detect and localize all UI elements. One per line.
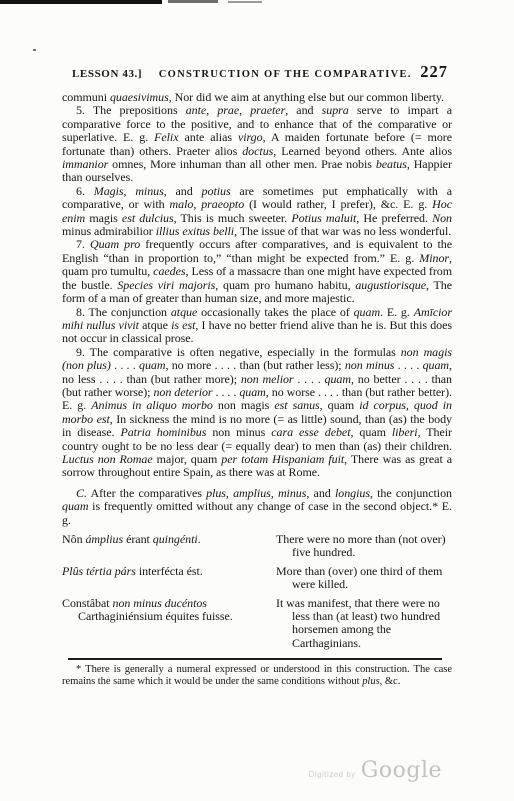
text-run: , This is much sweeter. xyxy=(174,211,292,225)
example-row: Constâbat non minus ducéntos Carthaginié… xyxy=(62,597,452,651)
lesson-number: LESSON 43.] xyxy=(72,68,142,80)
text-run: Potius maluit xyxy=(291,211,356,225)
text-run: 5. The prepositions xyxy=(76,103,186,117)
text-run: 8. The conjunction xyxy=(76,305,171,319)
text-run: It was manifest, that there were no less… xyxy=(276,596,440,650)
text-run: per totam Hispaniam fuit xyxy=(221,452,344,466)
text-run: prae xyxy=(217,103,239,117)
text-run: , Nor did we aim at anything else but ou… xyxy=(169,90,444,104)
text-run: Quam pro xyxy=(90,237,140,251)
text-run: supra xyxy=(322,103,349,117)
text-run: Animus in aliquo morbo xyxy=(91,398,213,412)
text-run: , and xyxy=(285,103,321,117)
text-run: C. xyxy=(76,486,87,500)
text-run: After the comparatives xyxy=(87,486,206,500)
example-row: Nôn ámplius érant quingénti. There were … xyxy=(62,533,452,560)
text-run: immanior xyxy=(62,157,108,171)
paragraph-rule-8: 8. The conjunction atque occasionally ta… xyxy=(62,306,452,346)
google-logo-text: Google xyxy=(361,758,442,783)
text-run: major, quam xyxy=(153,452,222,466)
text-run: atque xyxy=(171,305,197,319)
text-run: Felix xyxy=(154,130,178,144)
text-run: non minus xyxy=(345,358,395,372)
text-run: quam xyxy=(423,358,449,372)
latin-example-cell: Plûs tértia párs interfécta ést. xyxy=(62,565,266,592)
text-run: quingénti xyxy=(153,532,198,546)
text-run: beatus xyxy=(376,157,407,171)
text-run: 9. The comparative is often negative, es… xyxy=(76,345,401,359)
watermark-prefix-text: Digitized by xyxy=(308,770,355,779)
text-run: occasionally takes the place of xyxy=(197,305,353,319)
text-run: minus admirabilior xyxy=(62,224,156,238)
text-run: Carthaginiénsium équites fuisse. xyxy=(78,609,233,623)
text-run: . E. g. xyxy=(380,305,414,319)
text-run: est dulcius xyxy=(122,211,174,225)
text-run: cara esse debet xyxy=(271,425,350,439)
text-run: is est xyxy=(171,318,195,332)
text-run: malo, praeopto xyxy=(170,197,245,211)
text-run: Species viri majoris xyxy=(117,278,215,292)
text-run: . . . . xyxy=(394,358,422,372)
paragraph-rule-9: 9. The comparative is often negative, es… xyxy=(62,346,452,480)
running-head: LESSON 43.] CONSTRUCTION OF THE COMPARAT… xyxy=(62,62,452,82)
text-run: . . . . xyxy=(111,358,139,372)
text-run: , quam pro humano habitu, xyxy=(215,278,355,292)
text-run: non minus ducéntos xyxy=(113,596,207,610)
text-run: , the conjunction xyxy=(370,486,452,500)
text-run: liberi xyxy=(392,425,418,439)
text-run: , xyxy=(206,103,217,117)
text-run: quam xyxy=(239,385,265,399)
page-title: CONSTRUCTION OF THE COMPARATIVE. xyxy=(151,69,412,80)
text-run: , no more . . . . than (but rather less)… xyxy=(165,358,344,372)
footnote-text: * There is generally a numeral expressed… xyxy=(62,664,452,688)
text-run: plus, amplius, minus, xyxy=(206,486,309,500)
text-run: ante xyxy=(186,103,206,117)
text-run: Plûs tértia párs xyxy=(62,564,136,578)
text-run: , He preferred. xyxy=(356,211,432,225)
text-run: praeter xyxy=(250,103,285,117)
text-run: communi xyxy=(62,90,110,104)
text-run: atque xyxy=(139,318,171,332)
scan-artifact-bar xyxy=(228,1,262,3)
text-run: quam xyxy=(354,305,380,319)
english-translation-cell: There were no more than (not over) five … xyxy=(276,533,452,560)
text-run: ámplius xyxy=(85,532,123,546)
google-watermark: Digitized by Google xyxy=(308,758,442,783)
text-run: Luctus non Romae xyxy=(62,452,153,466)
text-run: non minus xyxy=(206,425,271,439)
text-run: non magis xyxy=(213,398,274,412)
text-run: Minor xyxy=(419,251,449,265)
text-run: , and xyxy=(164,184,202,198)
text-run: , xyxy=(239,103,250,117)
example-table: Nôn ámplius érant quingénti. There were … xyxy=(62,533,452,650)
text-run: minus xyxy=(135,184,163,198)
text-run: 6. xyxy=(76,184,94,198)
text-run: , The issue of that war was no less wond… xyxy=(234,224,451,238)
scanned-book-page: LESSON 43.] CONSTRUCTION OF THE COMPARAT… xyxy=(0,0,514,801)
text-run: quam xyxy=(139,358,165,372)
text-run: quam xyxy=(62,499,88,513)
paragraph-section-c: C. After the comparatives plus, amplius,… xyxy=(62,487,452,527)
text-run: ante alias xyxy=(179,130,238,144)
text-run: non melior xyxy=(241,372,294,386)
text-run: Nôn xyxy=(62,532,85,546)
text-run: . . . . xyxy=(294,372,325,386)
text-run: Non xyxy=(432,211,452,225)
text-run: virgo xyxy=(238,130,263,144)
text-run: érant xyxy=(123,532,153,546)
example-row: Plûs tértia párs interfécta ést. More th… xyxy=(62,565,452,592)
text-run: longius xyxy=(335,486,370,500)
text-run: , quam xyxy=(320,398,360,412)
text-run: More than (over) one third of them were … xyxy=(276,564,442,591)
text-run: potius xyxy=(202,184,231,198)
scan-artifact-bar xyxy=(0,0,162,4)
text-run: , Learned beyond others. Ante alios xyxy=(273,144,452,158)
latin-example-cell: Nôn ámplius érant quingénti. xyxy=(62,533,266,560)
english-translation-cell: More than (over) one third of them were … xyxy=(276,565,452,592)
text-run: illius exitus belli xyxy=(156,224,234,238)
text-run: doctus xyxy=(242,144,273,158)
text-run: , &c. xyxy=(380,676,401,687)
text-run: 7. xyxy=(76,237,90,251)
text-run: caedes xyxy=(153,264,185,278)
text-run: magis xyxy=(85,211,122,225)
text-run: quaesivimus xyxy=(110,90,169,104)
text-run: . xyxy=(198,532,201,546)
scan-artifact-bar xyxy=(168,0,218,3)
text-run: Constâbat xyxy=(62,596,113,610)
text-run: plus xyxy=(362,676,379,687)
continuation-paragraph: communi quaesivimus, Nor did we aim at a… xyxy=(62,91,452,104)
page-body: communi quaesivimus, Nor did we aim at a… xyxy=(62,91,452,689)
latin-example-cell: Constâbat non minus ducéntos Carthaginié… xyxy=(62,597,266,651)
text-run: Magis xyxy=(94,184,124,198)
text-run: Patria hominibus xyxy=(120,425,206,439)
footnote-rule xyxy=(68,658,442,660)
paragraph-rule-5: 5. The prepositions ante, prae, praeter,… xyxy=(62,104,452,184)
english-translation-cell: It was manifest, that there were no less… xyxy=(276,597,452,651)
text-run: (I would rather, I prefer), &c. E. g. xyxy=(244,197,432,211)
text-run: There were no more than (not over) five … xyxy=(276,532,446,559)
text-run: omnes, More inhuman than all other men. … xyxy=(108,157,376,171)
text-run: quam xyxy=(325,372,351,386)
text-run: est sanus xyxy=(274,398,319,412)
text-run: is frequently omitted without any change… xyxy=(62,499,452,526)
text-run: , xyxy=(124,184,136,198)
paragraph-rule-7: 7. Quam pro frequently occurs after comp… xyxy=(62,238,452,305)
page-number: 227 xyxy=(420,62,448,82)
text-run: . . . . xyxy=(213,385,240,399)
text-run: and xyxy=(309,486,335,500)
text-run: non deterior xyxy=(153,385,212,399)
text-run: , quam xyxy=(351,425,392,439)
text-run: interfécta ést. xyxy=(136,564,203,578)
paragraph-rule-6: 6. Magis, minus, and potius are sometime… xyxy=(62,185,452,239)
scan-speck xyxy=(33,49,36,51)
text-run: augustiorisque xyxy=(355,278,426,292)
